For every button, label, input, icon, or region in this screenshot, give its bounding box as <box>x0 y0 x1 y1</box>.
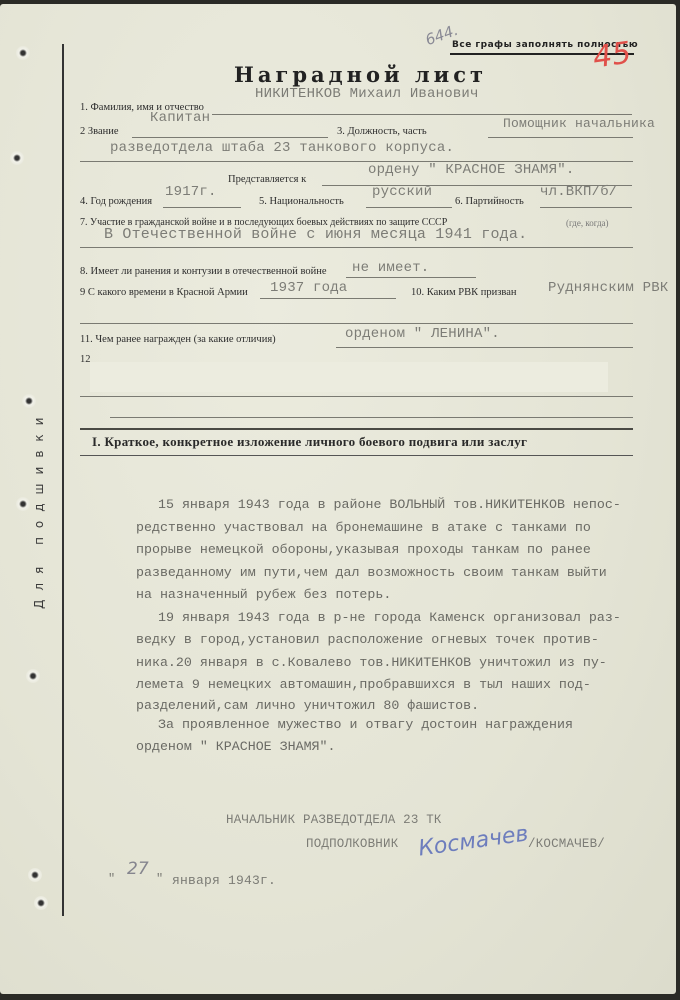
section-heading: I. Краткое, конкретное изложение личного… <box>92 434 527 450</box>
party-line <box>540 207 632 208</box>
merit-line: разделений,сам лично уничтожил 80 фашист… <box>136 697 656 714</box>
previous-awards-label: 11. Чем ранее награжден (за какие отличи… <box>80 334 276 345</box>
full-name-value: НИКИТЕНКОВ Михаил Иванович <box>255 86 479 102</box>
wounds-label: 8. Имеет ли ранения и контузии в отечест… <box>80 266 326 277</box>
signatory-rank: ПОДПОЛКОВНИК <box>306 837 398 851</box>
punch-hole-icon <box>16 497 30 511</box>
section-bottom-rule <box>80 455 633 456</box>
birth-year-value: 1917г. <box>165 184 217 200</box>
war-participation-hint: (где, когда) <box>566 218 609 228</box>
document-title: Наградной лист <box>234 62 487 87</box>
presented-label: Представляется к <box>228 174 306 185</box>
merit-line: лемета 9 немецких автомашин,пробравшихся… <box>136 674 656 697</box>
wounds-line <box>346 277 476 278</box>
punch-hole-icon <box>34 896 48 910</box>
field-12-label: 12 <box>80 354 91 365</box>
nationality-label: 5. Национальность <box>259 196 344 207</box>
red-page-number: 45 <box>591 36 634 76</box>
draft-office-value: Руднянским РВК <box>548 280 668 296</box>
merit-line: на назначенный рубеж без потерь. <box>136 584 656 607</box>
field-12-line-2 <box>110 417 633 418</box>
rank-label: 2 Звание <box>80 126 119 137</box>
party-label: 6. Партийность <box>455 196 524 207</box>
birth-year-label: 4. Год рождения <box>80 196 152 207</box>
birth-year-line <box>163 207 241 208</box>
punch-hole-icon <box>28 868 42 882</box>
position-label: 3. Должность, часть <box>337 126 427 137</box>
merit-line: орденом " КРАСНОЕ ЗНАМЯ". <box>136 736 656 759</box>
signatory-title: НАЧАЛЬНИК РАЗВЕДОТДЕЛА 23 ТК <box>226 813 442 827</box>
merit-line: прорыве немецкой обороны,указывая проход… <box>136 539 656 562</box>
nationality-line <box>366 207 452 208</box>
draft-office-label: 10. Каким РВК призван <box>411 287 516 298</box>
merit-line: редственно участвовал на бронемашине в а… <box>136 517 656 540</box>
service-since-label: 9 С какого времени в Красной Армии <box>80 287 248 298</box>
merit-description: 15 января 1943 года в районе ВОЛЬНЫЙ тов… <box>136 494 656 759</box>
redacted-area <box>90 362 608 392</box>
handwritten-signature: Космачев <box>417 821 530 861</box>
position-line <box>488 137 633 138</box>
date-close-quote: " <box>156 872 163 886</box>
punch-hole-icon <box>26 669 40 683</box>
service-since-value: 1937 года <box>270 280 347 296</box>
nationality-value: русский <box>372 184 432 200</box>
date-month-year: января 1943г. <box>172 873 276 888</box>
presented-value: ордену " КРАСНОЕ ЗНАМЯ". <box>368 162 574 178</box>
signatory-name: /КОСМАЧЕВ/ <box>528 837 605 851</box>
full-name-line <box>212 114 632 115</box>
date-open-quote: " <box>108 872 115 886</box>
previous-awards-line <box>336 347 633 348</box>
field-12-line <box>80 396 633 397</box>
binding-side-label: Для подшивки <box>32 384 62 634</box>
punch-hole-icon <box>16 46 30 60</box>
merit-line: За проявленное мужество и отвагу достоин… <box>136 714 656 737</box>
previous-awards-value: орденом " ЛЕНИНА". <box>345 326 500 342</box>
merit-line: 19 января 1943 года в р-не города Каменс… <box>136 607 656 630</box>
merit-line: ведку в город,установил расположение огн… <box>136 629 656 652</box>
punch-hole-icon <box>10 151 24 165</box>
section-top-rule <box>80 428 633 430</box>
position-value-line1: Помощник начальника <box>503 116 655 131</box>
war-participation-line <box>80 247 633 248</box>
position-value-line2: разведотдела штаба 23 танкового корпуса. <box>110 140 454 156</box>
date-day-handwritten: 27 <box>127 859 149 879</box>
draft-office-line <box>80 323 633 324</box>
war-participation-value: В Отечественной войне с июня месяца 1941… <box>104 226 527 243</box>
party-value: чл.ВКП/б/ <box>540 184 617 200</box>
rank-value: Капитан <box>150 110 210 126</box>
merit-line: ника.20 января в с.Ковалево тов.НИКИТЕНК… <box>136 652 656 675</box>
merit-line: разведанному им пути,чем дал возможность… <box>136 562 656 585</box>
service-since-line <box>260 298 396 299</box>
award-sheet-page: Для подшивки 644. Все графы заполнять по… <box>0 4 676 994</box>
rank-line <box>132 137 328 138</box>
binding-margin-line <box>62 44 64 916</box>
merit-line: 15 января 1943 года в районе ВОЛЬНЫЙ тов… <box>136 494 656 517</box>
wounds-value: не имеет. <box>352 260 429 276</box>
